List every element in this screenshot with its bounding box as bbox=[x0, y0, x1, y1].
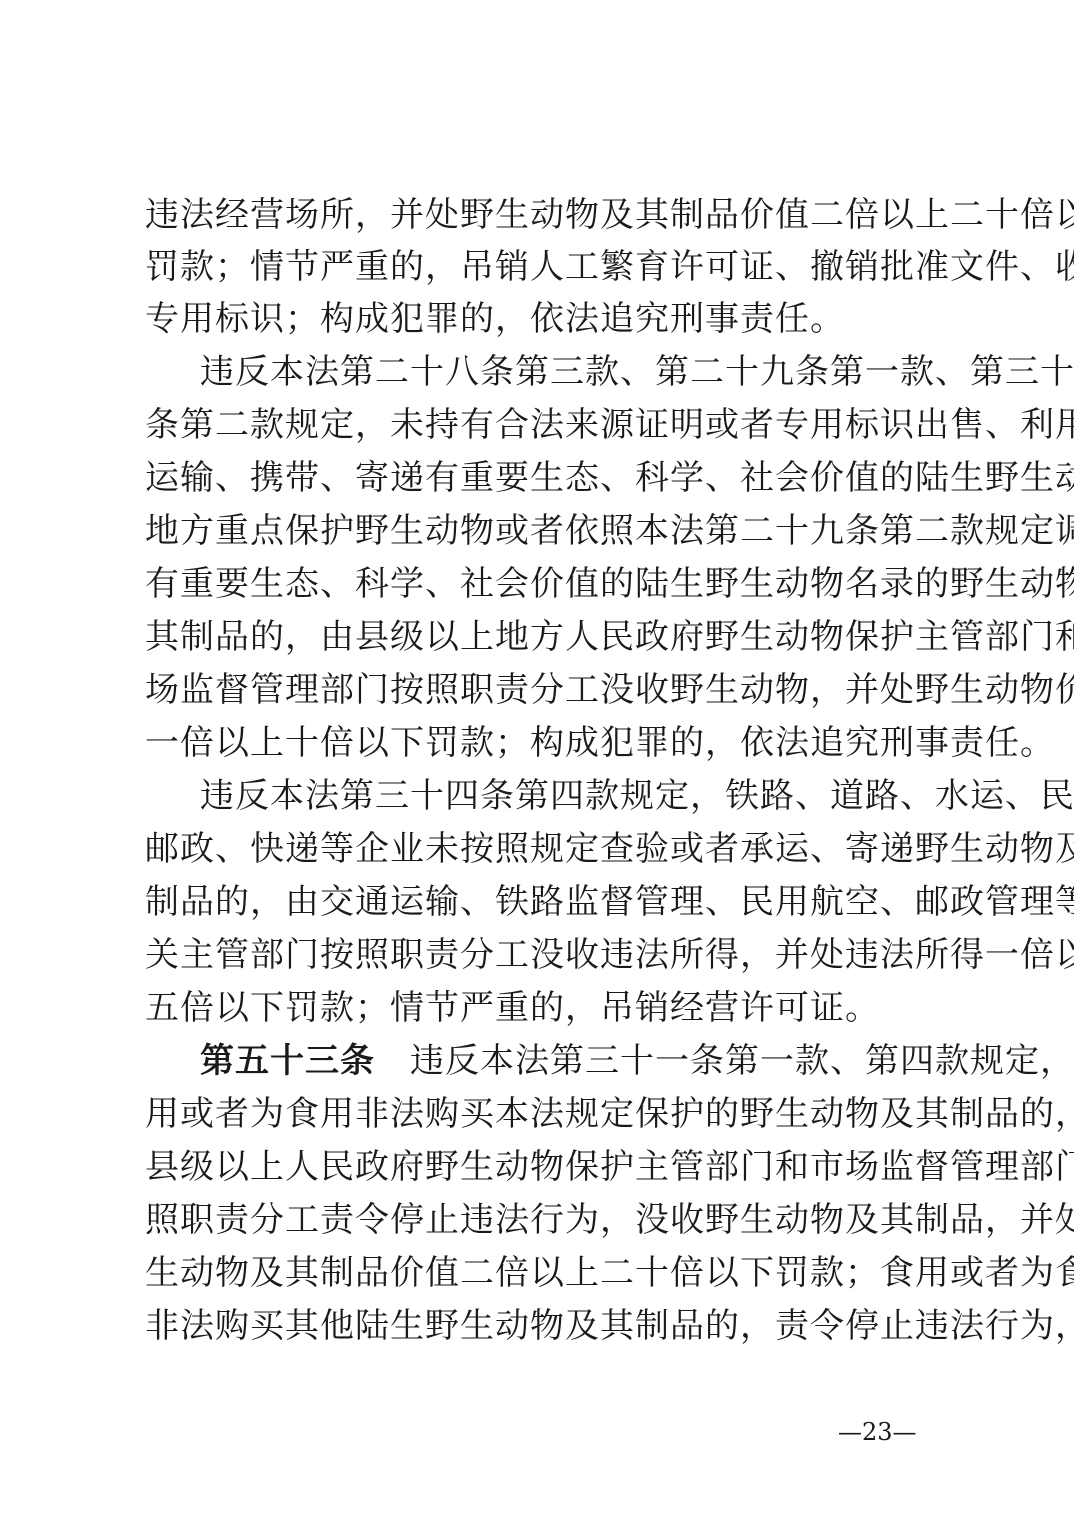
text-line: 专用标识；构成犯罪的，依法追究刑事责任。 bbox=[145, 299, 945, 339]
paragraph-start-line: 违反本法第三十四条第四款规定，铁路、道路、水运、民航、 bbox=[200, 776, 945, 816]
text-line: 运输、携带、寄递有重要生态、科学、社会价值的陆生野生动物、 bbox=[145, 458, 945, 498]
text-line: 制品的，由交通运输、铁路监督管理、民用航空、邮政管理等相 bbox=[145, 882, 945, 922]
article-text: 违反本法第三十一条第一款、第四款规定，食 bbox=[410, 1041, 1074, 1081]
text-line: 罚款；情节严重的，吊销人工繁育许可证、撤销批准文件、收回 bbox=[145, 247, 945, 287]
text-line: 其制品的，由县级以上地方人民政府野生动物保护主管部门和市 bbox=[145, 617, 945, 657]
text-line: 生动物及其制品价值二倍以上二十倍以下罚款；食用或者为食用 bbox=[145, 1253, 945, 1293]
page-number: —23— bbox=[838, 1418, 917, 1446]
text-line: 地方重点保护野生动物或者依照本法第二十九条第二款规定调出 bbox=[145, 511, 945, 551]
text-line: 邮政、快递等企业未按照规定查验或者承运、寄递野生动物及其 bbox=[145, 829, 945, 869]
text-line: 关主管部门按照职责分工没收违法所得，并处违法所得一倍以上 bbox=[145, 935, 945, 975]
text-line: 五倍以下罚款；情节严重的，吊销经营许可证。 bbox=[145, 988, 945, 1028]
text-line: 非法购买其他陆生野生动物及其制品的，责令停止违法行为，给 bbox=[145, 1306, 945, 1346]
text-line: 用或者为食用非法购买本法规定保护的野生动物及其制品的，由 bbox=[145, 1094, 945, 1134]
text-line: 照职责分工责令停止违法行为，没收野生动物及其制品，并处野 bbox=[145, 1200, 945, 1240]
text-line: 有重要生态、科学、社会价值的陆生野生动物名录的野生动物及 bbox=[145, 564, 945, 604]
article-start-line: 第五十三条 违反本法第三十一条第一款、第四款规定，食 bbox=[200, 1041, 945, 1081]
text-line: 条第二款规定，未持有合法来源证明或者专用标识出售、利用、 bbox=[145, 405, 945, 445]
text-line: 一倍以上十倍以下罚款；构成犯罪的，依法追究刑事责任。 bbox=[145, 723, 945, 763]
text-line: 违法经营场所，并处野生动物及其制品价值二倍以上二十倍以下 bbox=[145, 195, 945, 235]
text-line: 县级以上人民政府野生动物保护主管部门和市场监督管理部门按 bbox=[145, 1147, 945, 1187]
document-page: 违法经营场所，并处野生动物及其制品价值二倍以上二十倍以下 罚款；情节严重的，吊销… bbox=[0, 0, 1074, 1520]
paragraph-start-line: 违反本法第二十八条第三款、第二十九条第一款、第三十四 bbox=[200, 352, 945, 392]
article-heading: 第五十三条 bbox=[200, 1041, 375, 1081]
text-line: 场监督管理部门按照职责分工没收野生动物，并处野生动物价值 bbox=[145, 670, 945, 710]
